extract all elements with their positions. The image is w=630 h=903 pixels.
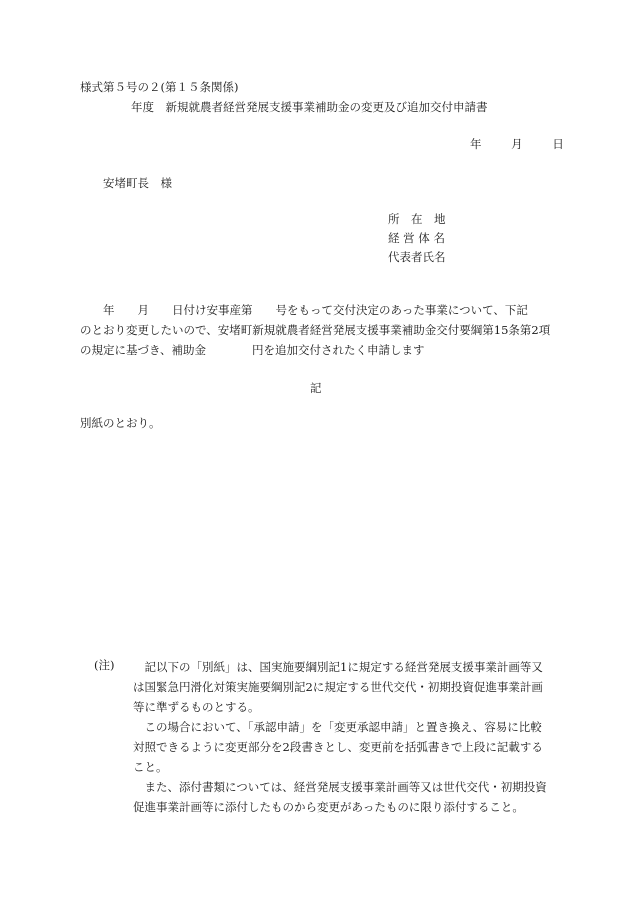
body-line: の規定に基づき、補助金 円を追加交付されたく申請します [80,340,562,360]
date-month: 月 [511,136,523,152]
form-number: 様式第５号の２(第１５条関係) [80,79,238,95]
date-line: 年 月 日 [470,136,560,152]
date-year: 年 [470,136,482,152]
field-address: 所 在 地 [388,210,446,229]
applicant-fields: 所 在 地 経 営 体 名 代表者氏名 [388,210,446,267]
field-representative: 代表者氏名 [388,248,446,267]
attachment-note: 別紙のとおり。 [80,415,161,431]
note-line: この場合において、「承認申請」を「変更承認申請」と置き換え、容易に比較 [133,717,563,737]
note-line: 促進事業計画等に添付したものから変更があったものに限り添付すること。 [133,797,563,817]
body-line: 年 月 日付け安事産第 号をもって交付決定のあった事業について、下記 [80,300,562,320]
note-line: また、添付書類については、経営発展支援事業計画等又は世代交代・初期投資 [133,777,563,797]
addressee: 安堵町長 様 [103,175,172,191]
document-title: 年度 新規就農者経営発展支援事業補助金の変更及び追加交付申請書 [131,99,488,115]
application-body: 年 月 日付け安事産第 号をもって交付決定のあった事業について、下記 のとおり変… [80,300,562,360]
note-line: は国緊急円滑化対策実施要綱別記2に規定する世代交代・初期投資促進事業計画 [133,677,563,697]
note-line: 対照できるように変更部分を2段書きとし、変更前を括弧書きで上段に記載する [133,737,563,757]
body-line: のとおり変更したいので、安堵町新規就農者経営発展支援事業補助金交付要綱第15条第… [80,320,562,340]
note-body: 記以下の「別紙」は、国実施要綱別記1に規定する経営発展支援事業計画等又 は国緊急… [133,657,563,817]
date-day: 日 [552,136,564,152]
note-line: こと。 [133,757,563,777]
field-entity-name: 経 営 体 名 [388,229,446,248]
note-label: (注) [94,657,114,673]
note-line: 記以下の「別紙」は、国実施要綱別記1に規定する経営発展支援事業計画等又 [133,657,563,677]
note-line: 等に準ずるものとする。 [133,697,563,717]
ki-heading: 記 [310,380,322,396]
